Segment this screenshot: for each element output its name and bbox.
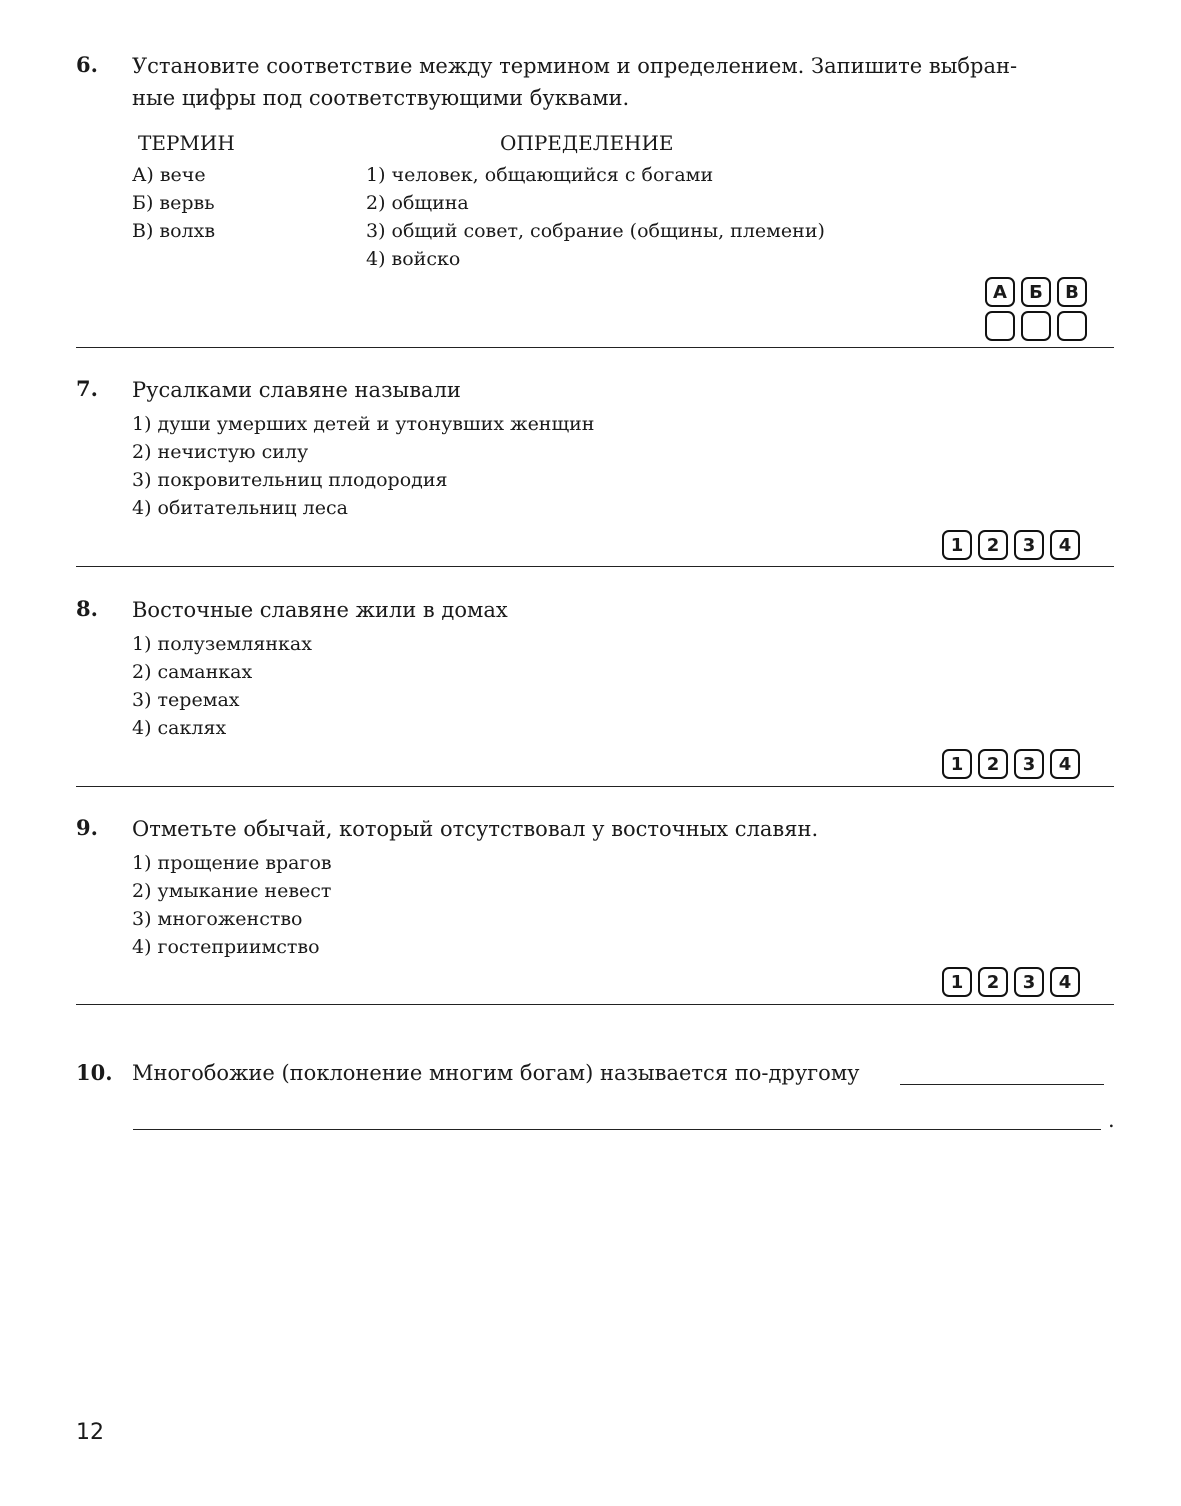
question-stem-line-2: ные цифры под соответствующими буквами. — [132, 82, 629, 114]
option-item: 1) души умерших детей и утонувших женщин — [132, 410, 594, 438]
letter-box-b: Б — [1021, 277, 1051, 307]
answer-box-1[interactable]: 1 — [942, 749, 972, 779]
page-number: 12 — [76, 1420, 104, 1445]
option-item: 1) прощение врагов — [132, 849, 332, 877]
answer-blank-line-1[interactable] — [900, 1084, 1104, 1085]
answer-box-4[interactable]: 4 — [1050, 967, 1080, 997]
definition-item: 4) войско — [366, 245, 825, 273]
answer-box-2[interactable]: 2 — [978, 530, 1008, 560]
answer-box-3[interactable]: 3 — [1014, 749, 1044, 779]
answer-box-4[interactable]: 4 — [1050, 749, 1080, 779]
question-stem: Отметьте обычай, который отсутствовал у … — [132, 813, 818, 845]
divider — [76, 347, 1114, 348]
question-stem: Многобожие (поклонение многим богам) наз… — [132, 1057, 860, 1089]
answer-boxes: 1 2 3 4 — [942, 967, 1080, 997]
answer-box-1[interactable]: 1 — [942, 530, 972, 560]
answer-box-4[interactable]: 4 — [1050, 530, 1080, 560]
end-period: . — [1108, 1104, 1115, 1136]
option-item: 4) гостеприимство — [132, 933, 332, 961]
option-item: 4) саклях — [132, 714, 312, 742]
option-list: 1) души умерших детей и утонувших женщин… — [132, 410, 594, 522]
answer-boxes: 1 2 3 4 — [942, 530, 1080, 560]
answer-blank-line-2[interactable] — [133, 1129, 1101, 1130]
definition-list: 1) человек, общающийся с богами 2) общин… — [366, 161, 825, 273]
option-item: 2) умыкание невест — [132, 877, 332, 905]
letter-box-v: В — [1057, 277, 1087, 307]
term-item: Б) вервь — [132, 189, 215, 217]
option-list: 1) полуземлянках 2) саманках 3) теремах … — [132, 630, 312, 742]
letter-box-a: А — [985, 277, 1015, 307]
definition-item: 2) община — [366, 189, 825, 217]
answer-box-3[interactable]: 3 — [1014, 967, 1044, 997]
question-number: 10. — [76, 1060, 113, 1085]
option-item: 2) саманках — [132, 658, 312, 686]
divider — [76, 786, 1114, 787]
option-item: 4) обитательниц леса — [132, 494, 594, 522]
option-item: 3) теремах — [132, 686, 312, 714]
question-number: 7. — [76, 376, 98, 401]
answer-box-2[interactable]: 2 — [978, 749, 1008, 779]
answer-input-boxes — [985, 311, 1087, 341]
question-stem: Восточные славяне жили в домах — [132, 594, 508, 626]
option-list: 1) прощение врагов 2) умыкание невест 3)… — [132, 849, 332, 961]
question-number: 6. — [76, 52, 98, 77]
option-item: 3) покровительниц плодородия — [132, 466, 594, 494]
divider — [76, 566, 1114, 567]
answer-box-b[interactable] — [1021, 311, 1051, 341]
question-stem: Русалками славяне называли — [132, 374, 461, 406]
definition-item: 1) человек, общающийся с богами — [366, 161, 825, 189]
divider — [76, 1004, 1114, 1005]
answer-letter-labels: А Б В — [985, 277, 1087, 307]
answer-boxes: 1 2 3 4 — [942, 749, 1080, 779]
question-number: 8. — [76, 596, 98, 621]
option-item: 3) многоженство — [132, 905, 332, 933]
answer-box-1[interactable]: 1 — [942, 967, 972, 997]
definition-item: 3) общий совет, собрание (общины, племен… — [366, 217, 825, 245]
answer-box-v[interactable] — [1057, 311, 1087, 341]
answer-box-2[interactable]: 2 — [978, 967, 1008, 997]
term-item: В) волхв — [132, 217, 215, 245]
question-stem-line-1: Установите соответствие между термином и… — [132, 50, 1017, 82]
definition-header: ОПРЕДЕЛЕНИЕ — [500, 129, 674, 157]
term-list: А) вече Б) вервь В) волхв — [132, 161, 215, 245]
option-item: 1) полуземлянках — [132, 630, 312, 658]
term-header: ТЕРМИН — [138, 129, 235, 157]
question-number: 9. — [76, 815, 98, 840]
answer-box-a[interactable] — [985, 311, 1015, 341]
option-item: 2) нечистую силу — [132, 438, 594, 466]
answer-box-3[interactable]: 3 — [1014, 530, 1044, 560]
term-item: А) вече — [132, 161, 215, 189]
